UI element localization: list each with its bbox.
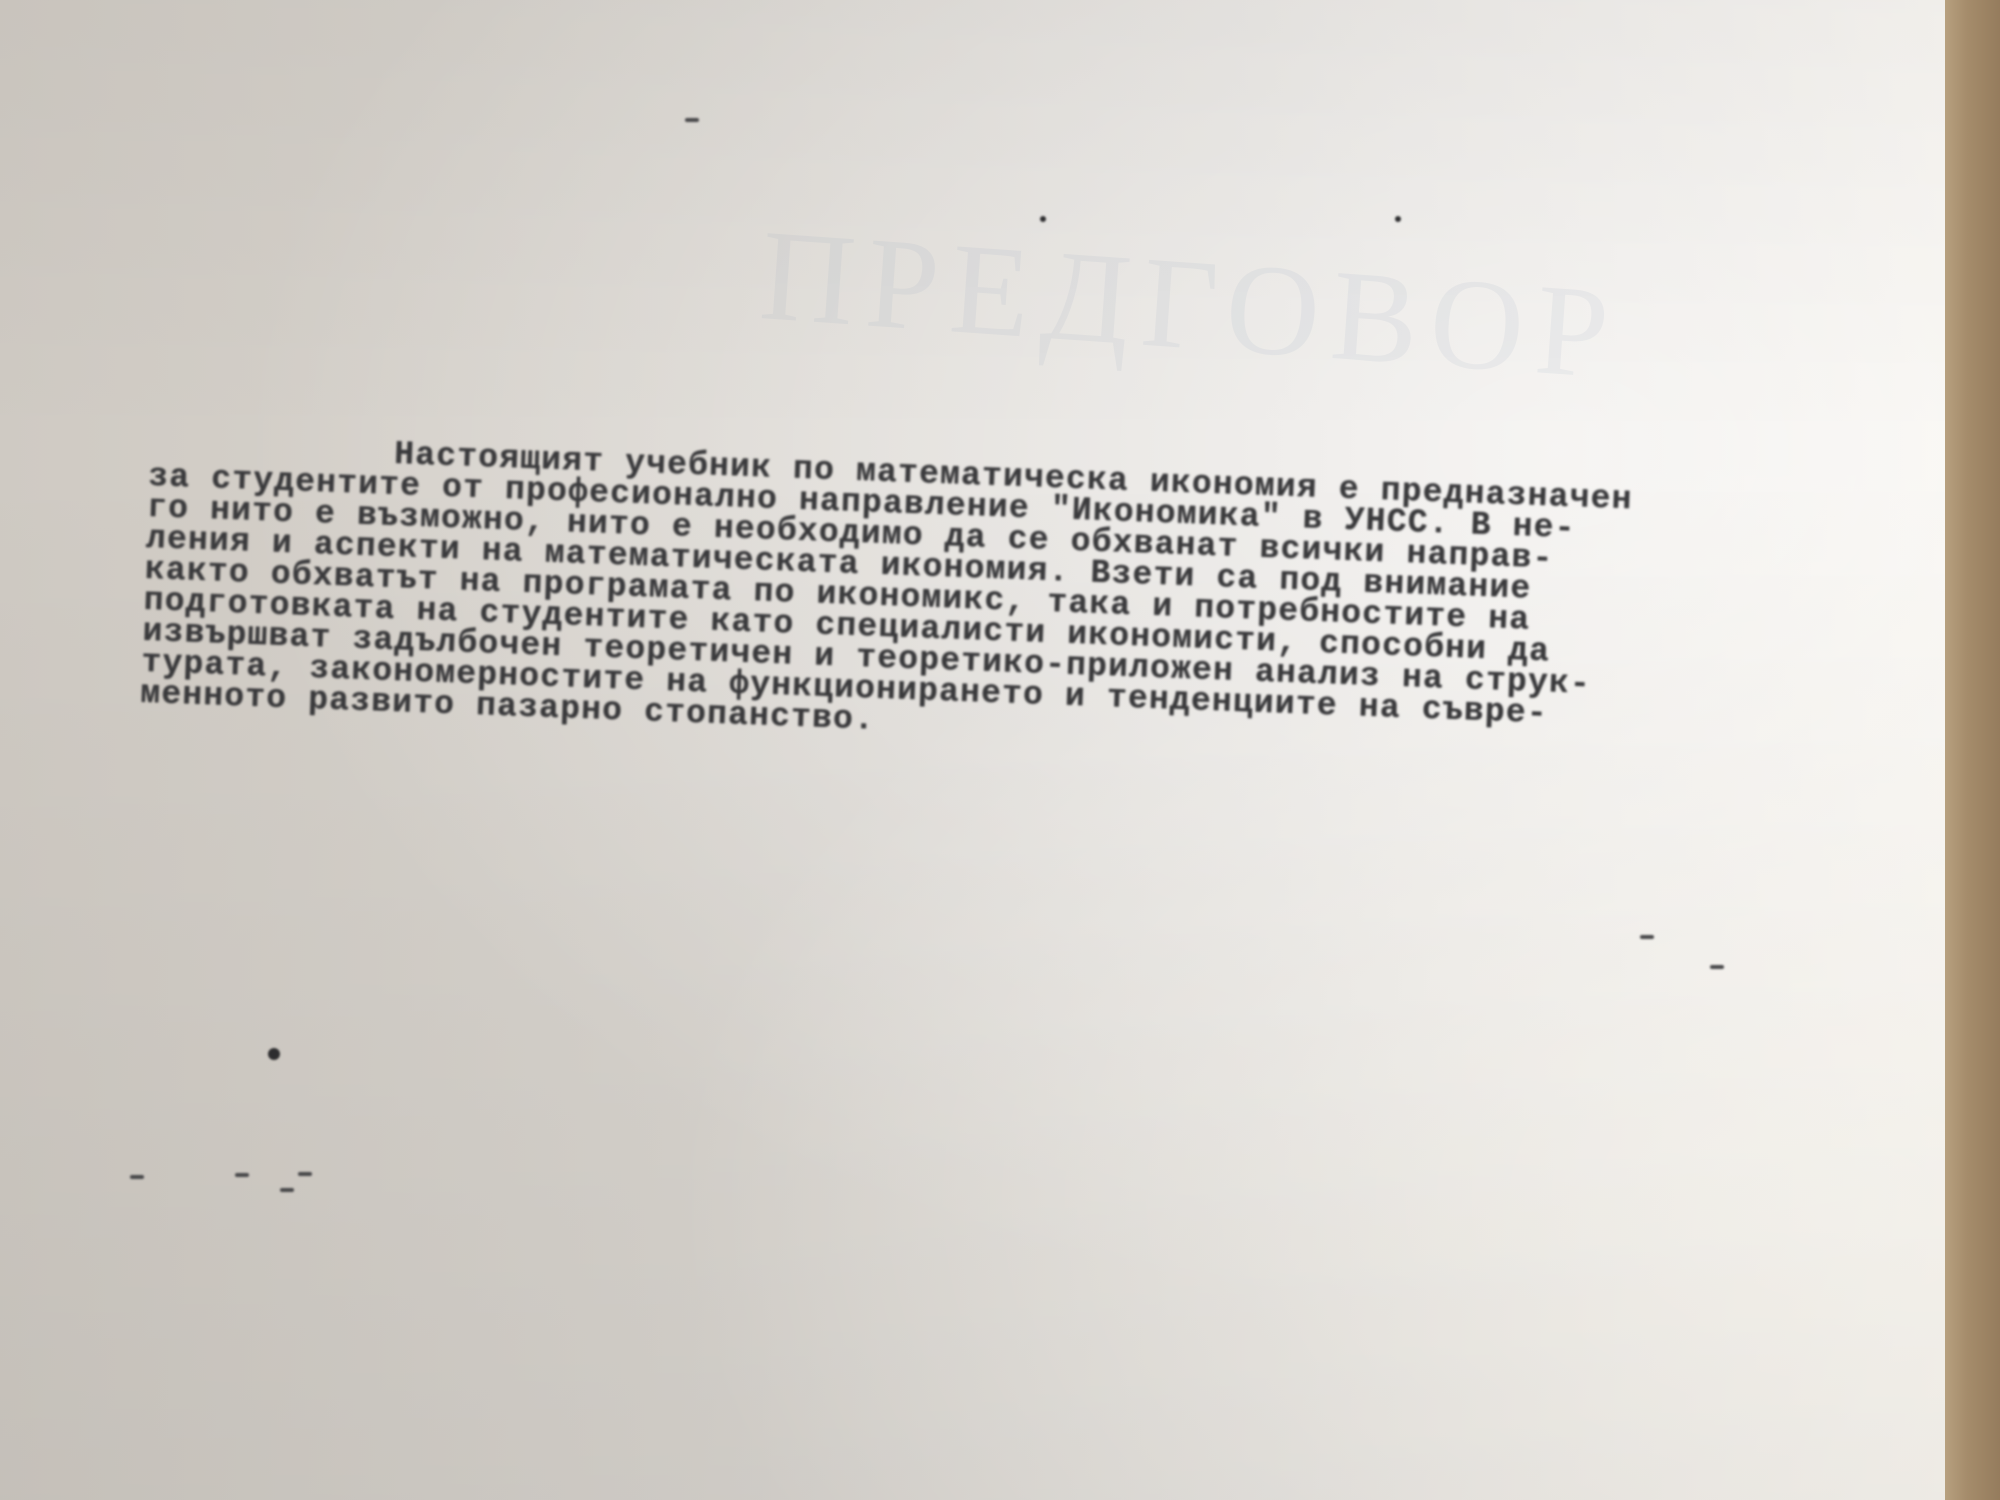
paper-mark xyxy=(298,1172,312,1176)
paper-mark xyxy=(130,1175,144,1179)
paper-mark xyxy=(1640,935,1654,939)
book-edge xyxy=(1945,0,2000,1500)
ink-speck xyxy=(1395,216,1401,222)
bleed-through-heading: ПРЕДГОВОР xyxy=(756,200,1625,410)
ink-speck xyxy=(1040,216,1046,222)
paper-mark xyxy=(280,1188,294,1192)
paper-mark xyxy=(235,1173,249,1177)
paper-mark xyxy=(1710,965,1724,969)
ink-speck xyxy=(268,1048,280,1060)
typewritten-paragraph: Настоящият учебник по математическа икон… xyxy=(140,430,1899,773)
paper-mark xyxy=(685,118,699,122)
book-page: ПРЕДГОВОР Настоящият учебник по математи… xyxy=(0,0,1945,1500)
